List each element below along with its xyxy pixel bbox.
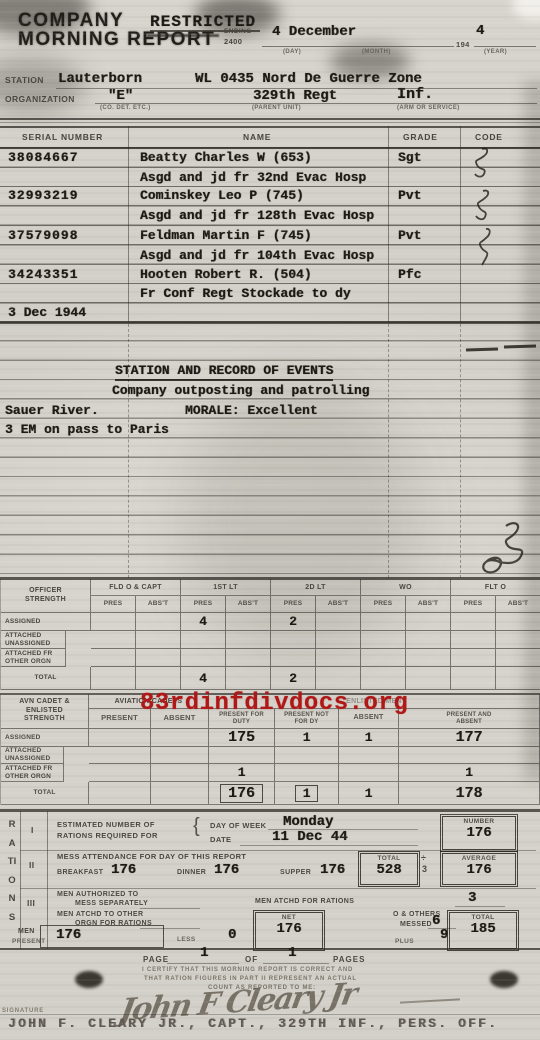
number-label: NUMBER bbox=[464, 818, 495, 825]
average-label: AVERAGE bbox=[462, 855, 496, 862]
enlisted-assigned-pnfd: 1 bbox=[275, 729, 339, 747]
remark: Asgd and jd fr 128th Evac Hosp bbox=[140, 208, 374, 223]
roster-row: Asgd and jd fr 104th Evac Hosp bbox=[0, 248, 540, 265]
number-value: 176 bbox=[466, 825, 491, 841]
events-col-tick bbox=[388, 324, 390, 578]
year-digit: 4 bbox=[476, 23, 484, 39]
net-label: NET bbox=[282, 914, 296, 921]
roster-header-grade: GRADE bbox=[403, 132, 438, 142]
handwritten-initials bbox=[472, 520, 536, 576]
typed-signature-name: JOHN F. CLEARY JR., CAPT., 329TH INF., P… bbox=[8, 1016, 498, 1031]
enlisted-total-pnfd: 1 bbox=[275, 782, 339, 805]
supper-label: SUPPER bbox=[280, 869, 311, 876]
events-line1: Company outposting and patrolling bbox=[112, 383, 369, 398]
of-label: OF bbox=[245, 955, 258, 964]
subcol-pres: PRES bbox=[181, 596, 226, 613]
events-line2b: MORALE: Excellent bbox=[185, 403, 318, 418]
enlisted-total-pa: 178 bbox=[399, 782, 540, 805]
station-label: STATION bbox=[5, 75, 44, 85]
section-divider bbox=[0, 122, 540, 123]
rations-top-border bbox=[0, 809, 540, 812]
roster-header-border bbox=[0, 147, 540, 149]
organization-arm: Inf. bbox=[397, 86, 433, 103]
roster-row: 32993219 Cominskey Leo P (745) Pvt bbox=[0, 188, 540, 205]
ending-time: 2400 bbox=[224, 37, 242, 46]
officer-strength-label: OFFICER STRENGTH bbox=[1, 579, 91, 613]
mess-attendance-label: MESS ATTENDANCE FOR DAY OF THIS REPORT bbox=[57, 852, 246, 861]
section3-numeral: III bbox=[27, 898, 35, 908]
date-underline2 bbox=[240, 845, 418, 846]
code-mark bbox=[468, 146, 492, 180]
soldier-name: Beatty Charles W (653) bbox=[140, 150, 312, 165]
code-mark bbox=[472, 227, 496, 267]
enlisted-attached-pfd: 1 bbox=[209, 764, 275, 782]
men-present-value: 176 bbox=[56, 927, 81, 943]
date-underline bbox=[262, 46, 454, 47]
section-divider bbox=[0, 118, 540, 120]
ration-date-value: 11 Dec 44 bbox=[272, 829, 348, 845]
atchd-rations-value: 3 bbox=[468, 890, 476, 906]
roster-row: 34243351 Hooten Robert R. (504) Pfc bbox=[0, 267, 540, 284]
day-of-week-label: DAY OF WEEK bbox=[210, 821, 267, 830]
officer-assigned-1lt-pres: 4 bbox=[181, 613, 226, 631]
total-label: TOTAL bbox=[377, 855, 400, 862]
divide-sign: ÷ bbox=[421, 853, 426, 863]
serial-number: 38084667 bbox=[8, 150, 78, 165]
company-sublabel: (CO. DET. ETC.) bbox=[100, 105, 151, 111]
subcol-pres: PRES bbox=[91, 596, 136, 613]
enlisted-total-absent: 1 bbox=[339, 782, 399, 805]
hole-punch-left bbox=[75, 971, 103, 988]
total-value: 528 bbox=[376, 862, 401, 878]
soldier-name: Cominskey Leo P (745) bbox=[140, 188, 304, 203]
subcol-pres: PRES bbox=[451, 596, 496, 613]
men-label: MEN bbox=[18, 928, 35, 935]
col-group-wo: WO bbox=[361, 579, 451, 596]
restricted-strike bbox=[147, 34, 219, 37]
row-label-assigned: ASSIGNED bbox=[1, 613, 91, 631]
brace: { bbox=[193, 815, 200, 838]
roster-row: 3 Dec 1944 bbox=[0, 305, 540, 322]
events-title: STATION AND RECORD OF EVENTS bbox=[115, 363, 333, 381]
parent-sublabel: (PARENT UNIT) bbox=[252, 105, 301, 111]
boxed-value: 176 bbox=[220, 784, 263, 803]
morning-report-document: COMPANY MORNING REPORT RESTRICTED ENDING… bbox=[0, 0, 540, 1040]
rations-side-label: RATIONS bbox=[6, 816, 18, 927]
year-label: (YEAR) bbox=[484, 49, 507, 55]
roster-header-code: CODE bbox=[475, 132, 503, 142]
divisor: 3 bbox=[422, 864, 427, 874]
row-label-total: TOTAL bbox=[1, 782, 89, 805]
enlisted-attached-pa: 1 bbox=[399, 764, 540, 782]
col-group-2d-lt: 2D LT bbox=[271, 579, 361, 596]
remark: Asgd and jd fr 104th Evac Hosp bbox=[140, 248, 374, 263]
roster-header-serial: SERIAL NUMBER bbox=[22, 132, 103, 142]
enlisted-total-pfd: 176 bbox=[209, 782, 275, 805]
page-number: 1 bbox=[200, 945, 208, 961]
enlisted-assigned-pa: 177 bbox=[399, 729, 540, 747]
arm-sublabel: (ARM OR SERVICE) bbox=[397, 105, 460, 111]
col-group-fldo-capt: FLD O & CAPT bbox=[91, 579, 181, 596]
atchd-other-label1: MEN ATCHD TO OTHER bbox=[57, 911, 143, 918]
report-title-line2: MORNING REPORT bbox=[18, 29, 215, 51]
organization-underline bbox=[95, 103, 537, 104]
roster-row: Fr Conf Regt Stockade to dy bbox=[0, 286, 540, 303]
events-line3: 3 EM on pass to Paris bbox=[5, 422, 169, 437]
report-date: 4 December bbox=[272, 24, 356, 40]
station-value: Lauterborn bbox=[58, 71, 142, 87]
average-value: 176 bbox=[466, 862, 491, 878]
section1-numeral: I bbox=[31, 825, 34, 835]
pages-label: PAGES bbox=[333, 955, 365, 964]
subcol-abst: ABS'T bbox=[406, 596, 451, 613]
serial-number: 34243351 bbox=[8, 267, 78, 282]
rations-total-label: TOTAL bbox=[471, 914, 494, 921]
date-entry: 3 Dec 1944 bbox=[8, 305, 86, 320]
row-label-attached-unassigned: ATTACHED UNASSIGNED bbox=[1, 747, 64, 764]
subcol-abst: ABS'T bbox=[226, 596, 271, 613]
section2-numeral: II bbox=[29, 860, 35, 870]
ending-label: ENDING bbox=[224, 28, 252, 35]
subcol-present-and-absent: PRESENT AND ABSENT bbox=[399, 709, 540, 729]
hole-punch-right bbox=[490, 971, 518, 988]
subcol-abst: ABS'T bbox=[496, 596, 540, 613]
row-label-attached-fr-other: ATTACHED FR OTHER ORGN bbox=[1, 764, 64, 782]
grade: Sgt bbox=[398, 150, 421, 165]
station-zone: WL 0435 Nord De Guerre Zone bbox=[195, 71, 422, 87]
cert-line1: I CERTIFY THAT THIS MORNING REPORT IS CO… bbox=[142, 967, 353, 973]
organization-label: ORGANIZATION bbox=[5, 94, 75, 104]
average-box: AVERAGE 176 bbox=[440, 851, 518, 887]
day-of-week-value: Monday bbox=[283, 814, 333, 830]
year-prefix: 194 bbox=[456, 40, 470, 49]
roster-top-border bbox=[0, 126, 540, 128]
rations-letters: RATIONS bbox=[7, 816, 17, 927]
subcol-abst: ABS'T bbox=[136, 596, 181, 613]
roster-row: Asgd and jd fr 32nd Evac Hosp bbox=[0, 170, 540, 187]
grade: Pfc bbox=[398, 267, 421, 282]
row-label-total: TOTAL bbox=[1, 667, 91, 690]
number-box: NUMBER 176 bbox=[440, 814, 518, 852]
auth-label1: MEN AUTHORIZED TO bbox=[57, 891, 138, 898]
subcol-abst: ABS'T bbox=[316, 596, 361, 613]
officer-total-2lt-pres: 2 bbox=[271, 667, 316, 690]
date-label: DATE bbox=[210, 835, 231, 844]
signature-flourish bbox=[400, 998, 460, 1003]
plus-label: PLUS bbox=[395, 938, 414, 945]
organization-company: "E" bbox=[108, 88, 133, 104]
auth-underline bbox=[140, 908, 200, 909]
net-value: 176 bbox=[276, 921, 301, 937]
estimated-label2: RATIONS REQUIRED FOR bbox=[57, 831, 158, 840]
enlisted-strength-label: AVN CADET & ENLISTED STRENGTH bbox=[1, 694, 89, 729]
row-label-attached-unassigned: ATTACHED UNASSIGNED bbox=[1, 631, 66, 649]
officer-total-1lt-pres: 4 bbox=[181, 667, 226, 690]
enlisted-assigned-pfd: 175 bbox=[209, 729, 275, 747]
events-col-tick bbox=[460, 324, 462, 578]
roster-row: Asgd and jd fr 128th Evac Hosp bbox=[0, 208, 540, 225]
page-label: PAGE bbox=[143, 955, 169, 964]
others-label2: MESSED bbox=[400, 921, 432, 928]
grade: Pvt bbox=[398, 188, 421, 203]
events-line2a: Sauer River. bbox=[5, 403, 99, 418]
serial-number: 32993219 bbox=[8, 188, 78, 203]
month-label: (MONTH) bbox=[362, 49, 391, 55]
pages-number: 1 bbox=[288, 945, 296, 961]
remark: Fr Conf Regt Stockade to dy bbox=[140, 286, 351, 301]
row-label-assigned: ASSIGNED bbox=[1, 729, 89, 747]
officer-strength-table: OFFICER STRENGTH FLD O & CAPT 1ST LT 2D … bbox=[0, 579, 540, 690]
pages-underline bbox=[263, 963, 329, 964]
breakfast-label: BREAKFAST bbox=[57, 869, 103, 876]
rations-total-box: TOTAL 185 bbox=[447, 910, 519, 951]
day-label: (DAY) bbox=[283, 49, 301, 55]
serial-number: 37579098 bbox=[8, 228, 78, 243]
subcol-pres: PRES bbox=[361, 596, 406, 613]
roster-header-name: NAME bbox=[243, 132, 271, 142]
remark: Asgd and jd fr 32nd Evac Hosp bbox=[140, 170, 366, 185]
less-value: 0 bbox=[228, 927, 236, 943]
dinner-value: 176 bbox=[214, 862, 239, 878]
estimated-label1: ESTIMATED NUMBER OF bbox=[57, 820, 155, 829]
supper-value: 176 bbox=[320, 862, 345, 878]
scan-smudge bbox=[512, 0, 540, 20]
subcol-pres: PRES bbox=[271, 596, 316, 613]
row-label-attached-fr-other: ATTACHED FR OTHER ORGN bbox=[1, 649, 66, 667]
dinner-label: DINNER bbox=[177, 869, 206, 876]
page-underline bbox=[167, 963, 239, 964]
signature-line bbox=[0, 1014, 540, 1015]
roster-row: 38084667 Beatty Charles W (653) Sgt bbox=[0, 150, 540, 167]
col-group-flt-o: FLT O bbox=[451, 579, 540, 596]
less-label: LESS bbox=[177, 936, 196, 943]
watermark: 83rdinfdivdocs.org bbox=[140, 690, 408, 717]
year-underline bbox=[474, 46, 536, 47]
mess-total-box: TOTAL 528 bbox=[358, 851, 420, 887]
boxed-value: 1 bbox=[295, 785, 319, 802]
label-text: AVN CADET & ENLISTED STRENGTH bbox=[16, 698, 74, 724]
label-text: OFFICER STRENGTH bbox=[16, 587, 76, 605]
soldier-name: Hooten Robert R. (504) bbox=[140, 267, 312, 282]
soldier-name: Feldman Martin F (745) bbox=[140, 228, 312, 243]
col-group-1st-lt: 1ST LT bbox=[181, 579, 271, 596]
atchd-rations-underline bbox=[455, 906, 505, 907]
grade: Pvt bbox=[398, 228, 421, 243]
enlisted-assigned-absent: 1 bbox=[339, 729, 399, 747]
organization-parent: 329th Regt bbox=[253, 88, 337, 104]
rations-total-value: 185 bbox=[470, 921, 495, 937]
auth-label2: MESS SEPARATELY bbox=[75, 900, 148, 907]
atchd-rations-label: MEN ATCHD FOR RATIONS bbox=[255, 898, 354, 905]
roster-row: 37579098 Feldman Martin F (745) Pvt bbox=[0, 228, 540, 245]
rations-divider-2 bbox=[20, 888, 536, 889]
officer-assigned-2lt-pres: 2 bbox=[271, 613, 316, 631]
code-mark bbox=[470, 188, 494, 222]
breakfast-value: 176 bbox=[111, 862, 136, 878]
